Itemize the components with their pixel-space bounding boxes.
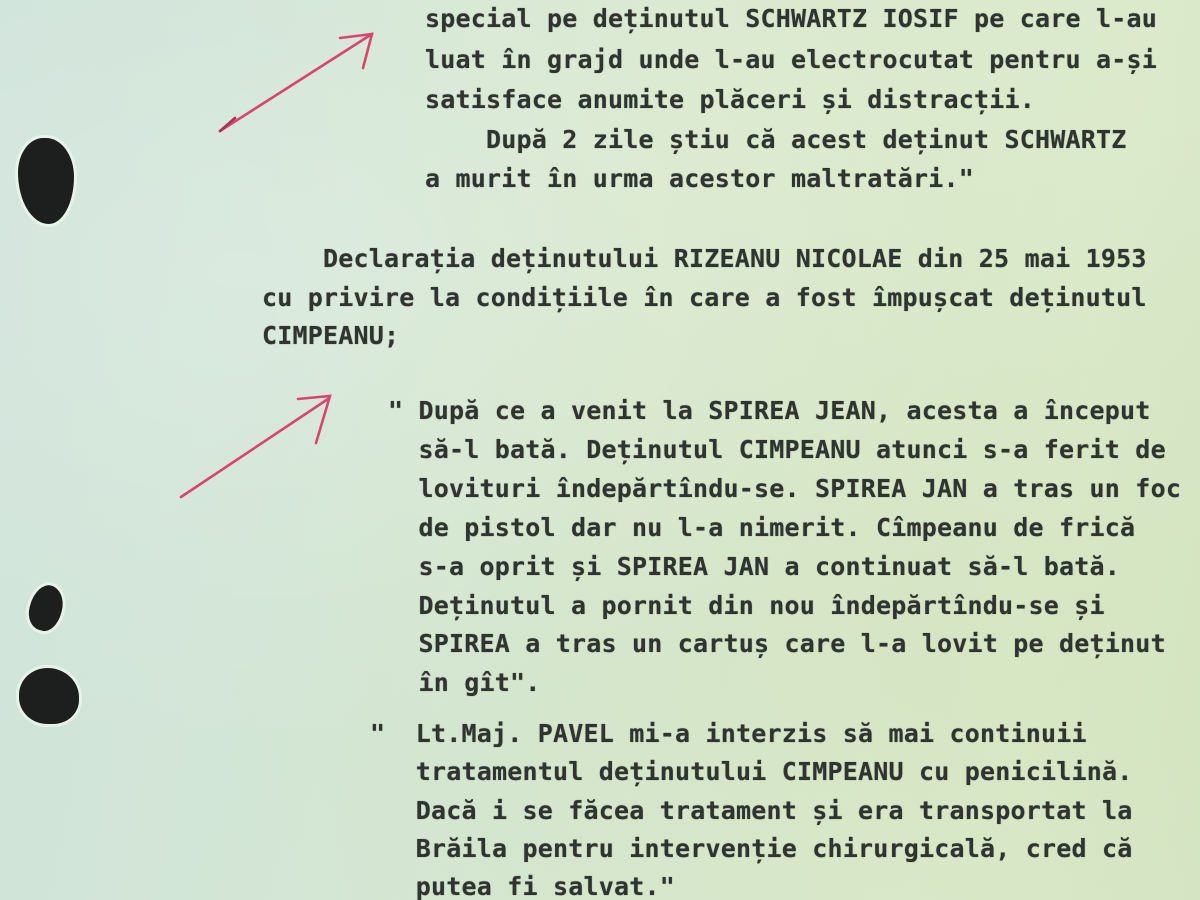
punch-hole-middle: [25, 582, 68, 635]
text-line: SPIREA a tras un cartuș care l-a lovit p…: [388, 629, 1166, 659]
punch-hole-bottom: [19, 668, 79, 724]
text-line: putea fi salvat.": [370, 872, 675, 900]
text-line: de pistol dar nu l-a nimerit. Cîmpeanu d…: [388, 513, 1135, 543]
text-line: special pe deținutul SCHWARTZ IOSIF pe c…: [425, 4, 1157, 34]
text-line: tratamentul deținutului CIMPEANU cu peni…: [370, 757, 1133, 787]
annotation-arrow-bottom-icon: [178, 391, 338, 501]
text-line: să-l bată. Deținutul CIMPEANU atunci s-a…: [388, 435, 1166, 465]
text-line: Dacă i se făcea tratament și era transpo…: [370, 796, 1133, 826]
text-line: După 2 zile știu că acest deținut SCHWAR…: [425, 125, 1127, 155]
text-line: Deținutul a pornit din nou îndepărtîndu-…: [388, 591, 1105, 621]
text-line: satisface anumite plăceri și distracții.: [425, 85, 1035, 115]
text-line: " Lt.Maj. PAVEL mi-a interzis să mai con…: [370, 719, 1087, 749]
text-line: s-a oprit și SPIREA JAN a continuat să-l…: [388, 552, 1120, 582]
text-line: luat în grajd unde l-au electrocutat pen…: [425, 45, 1157, 75]
text-line: lovituri îndepărtîndu-se. SPIREA JAN a t…: [388, 474, 1181, 504]
text-line: Declarația deținutului RIZEANU NICOLAE d…: [262, 244, 1147, 274]
text-line: în gît".: [388, 668, 541, 698]
annotation-arrow-top-icon: [215, 28, 375, 138]
text-line: a murit în urma acestor maltratări.": [425, 164, 974, 194]
text-line: " După ce a venit la SPIREA JEAN, acesta…: [388, 396, 1151, 426]
punch-hole-top: [18, 138, 74, 224]
text-line: CIMPEANU;: [262, 321, 399, 351]
text-line: cu privire la condițiile în care a fost …: [262, 283, 1147, 313]
text-line: Brăila pentru intervenție chirurgicală, …: [370, 834, 1133, 864]
